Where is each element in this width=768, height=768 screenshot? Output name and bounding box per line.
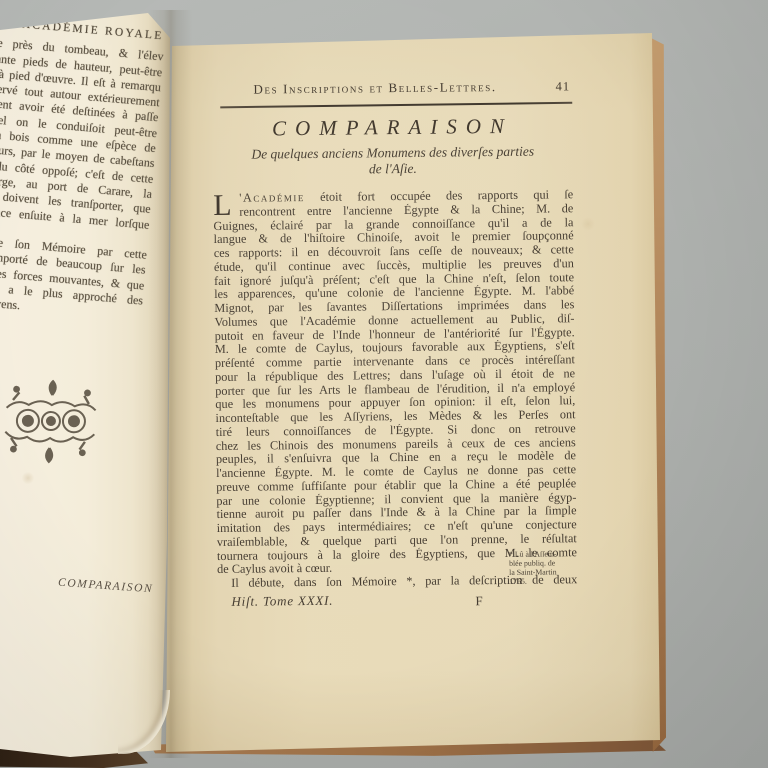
fleuron-ornament-icon — [0, 370, 100, 471]
signature-mark: F — [475, 593, 482, 609]
chapter-subtitle: De quelques anciens Monumens des diverſe… — [213, 143, 573, 179]
drop-cap: L — [213, 193, 232, 219]
header-rule — [220, 102, 572, 109]
margin-note-line: 1765. — [509, 576, 575, 586]
volume-footer: Hiſt. Tome XXXI. — [231, 593, 333, 610]
chapter-title: COMPARAISON — [212, 113, 572, 142]
page-footer: Hiſt. Tome XXXI. F — [217, 590, 577, 612]
body-text: L 'Académie étoit fort occupée des rappo… — [213, 188, 577, 590]
left-page-catchword: COMPARAISON — [58, 577, 154, 596]
page-number: 41 — [555, 79, 570, 94]
smallcaps-word: 'Académie — [239, 190, 305, 205]
left-page: RE DE L'ACADÉMIE ROYALE ituer enſuite pr… — [0, 0, 174, 768]
running-header: Des Inscriptions et Belles-Lettres. 41 — [212, 78, 572, 98]
left-page-text: RE DE L'ACADÉMIE ROYALE ituer enſuite pr… — [0, 11, 166, 325]
right-page: Des Inscriptions et Belles-Lettres. 41 C… — [158, 24, 666, 758]
running-header-text: Des Inscriptions et Belles-Lettres. — [253, 79, 496, 97]
margin-note: * Lû à l'Aſſem- blée publiq. de la Saint… — [509, 549, 575, 586]
first-lines-block: L 'Académie étoit fort occupée des rappo… — [213, 188, 573, 219]
right-page-text: Des Inscriptions et Belles-Lettres. 41 C… — [212, 78, 578, 611]
book-photo: RE DE L'ACADÉMIE ROYALE ituer enſuite pr… — [0, 0, 768, 768]
